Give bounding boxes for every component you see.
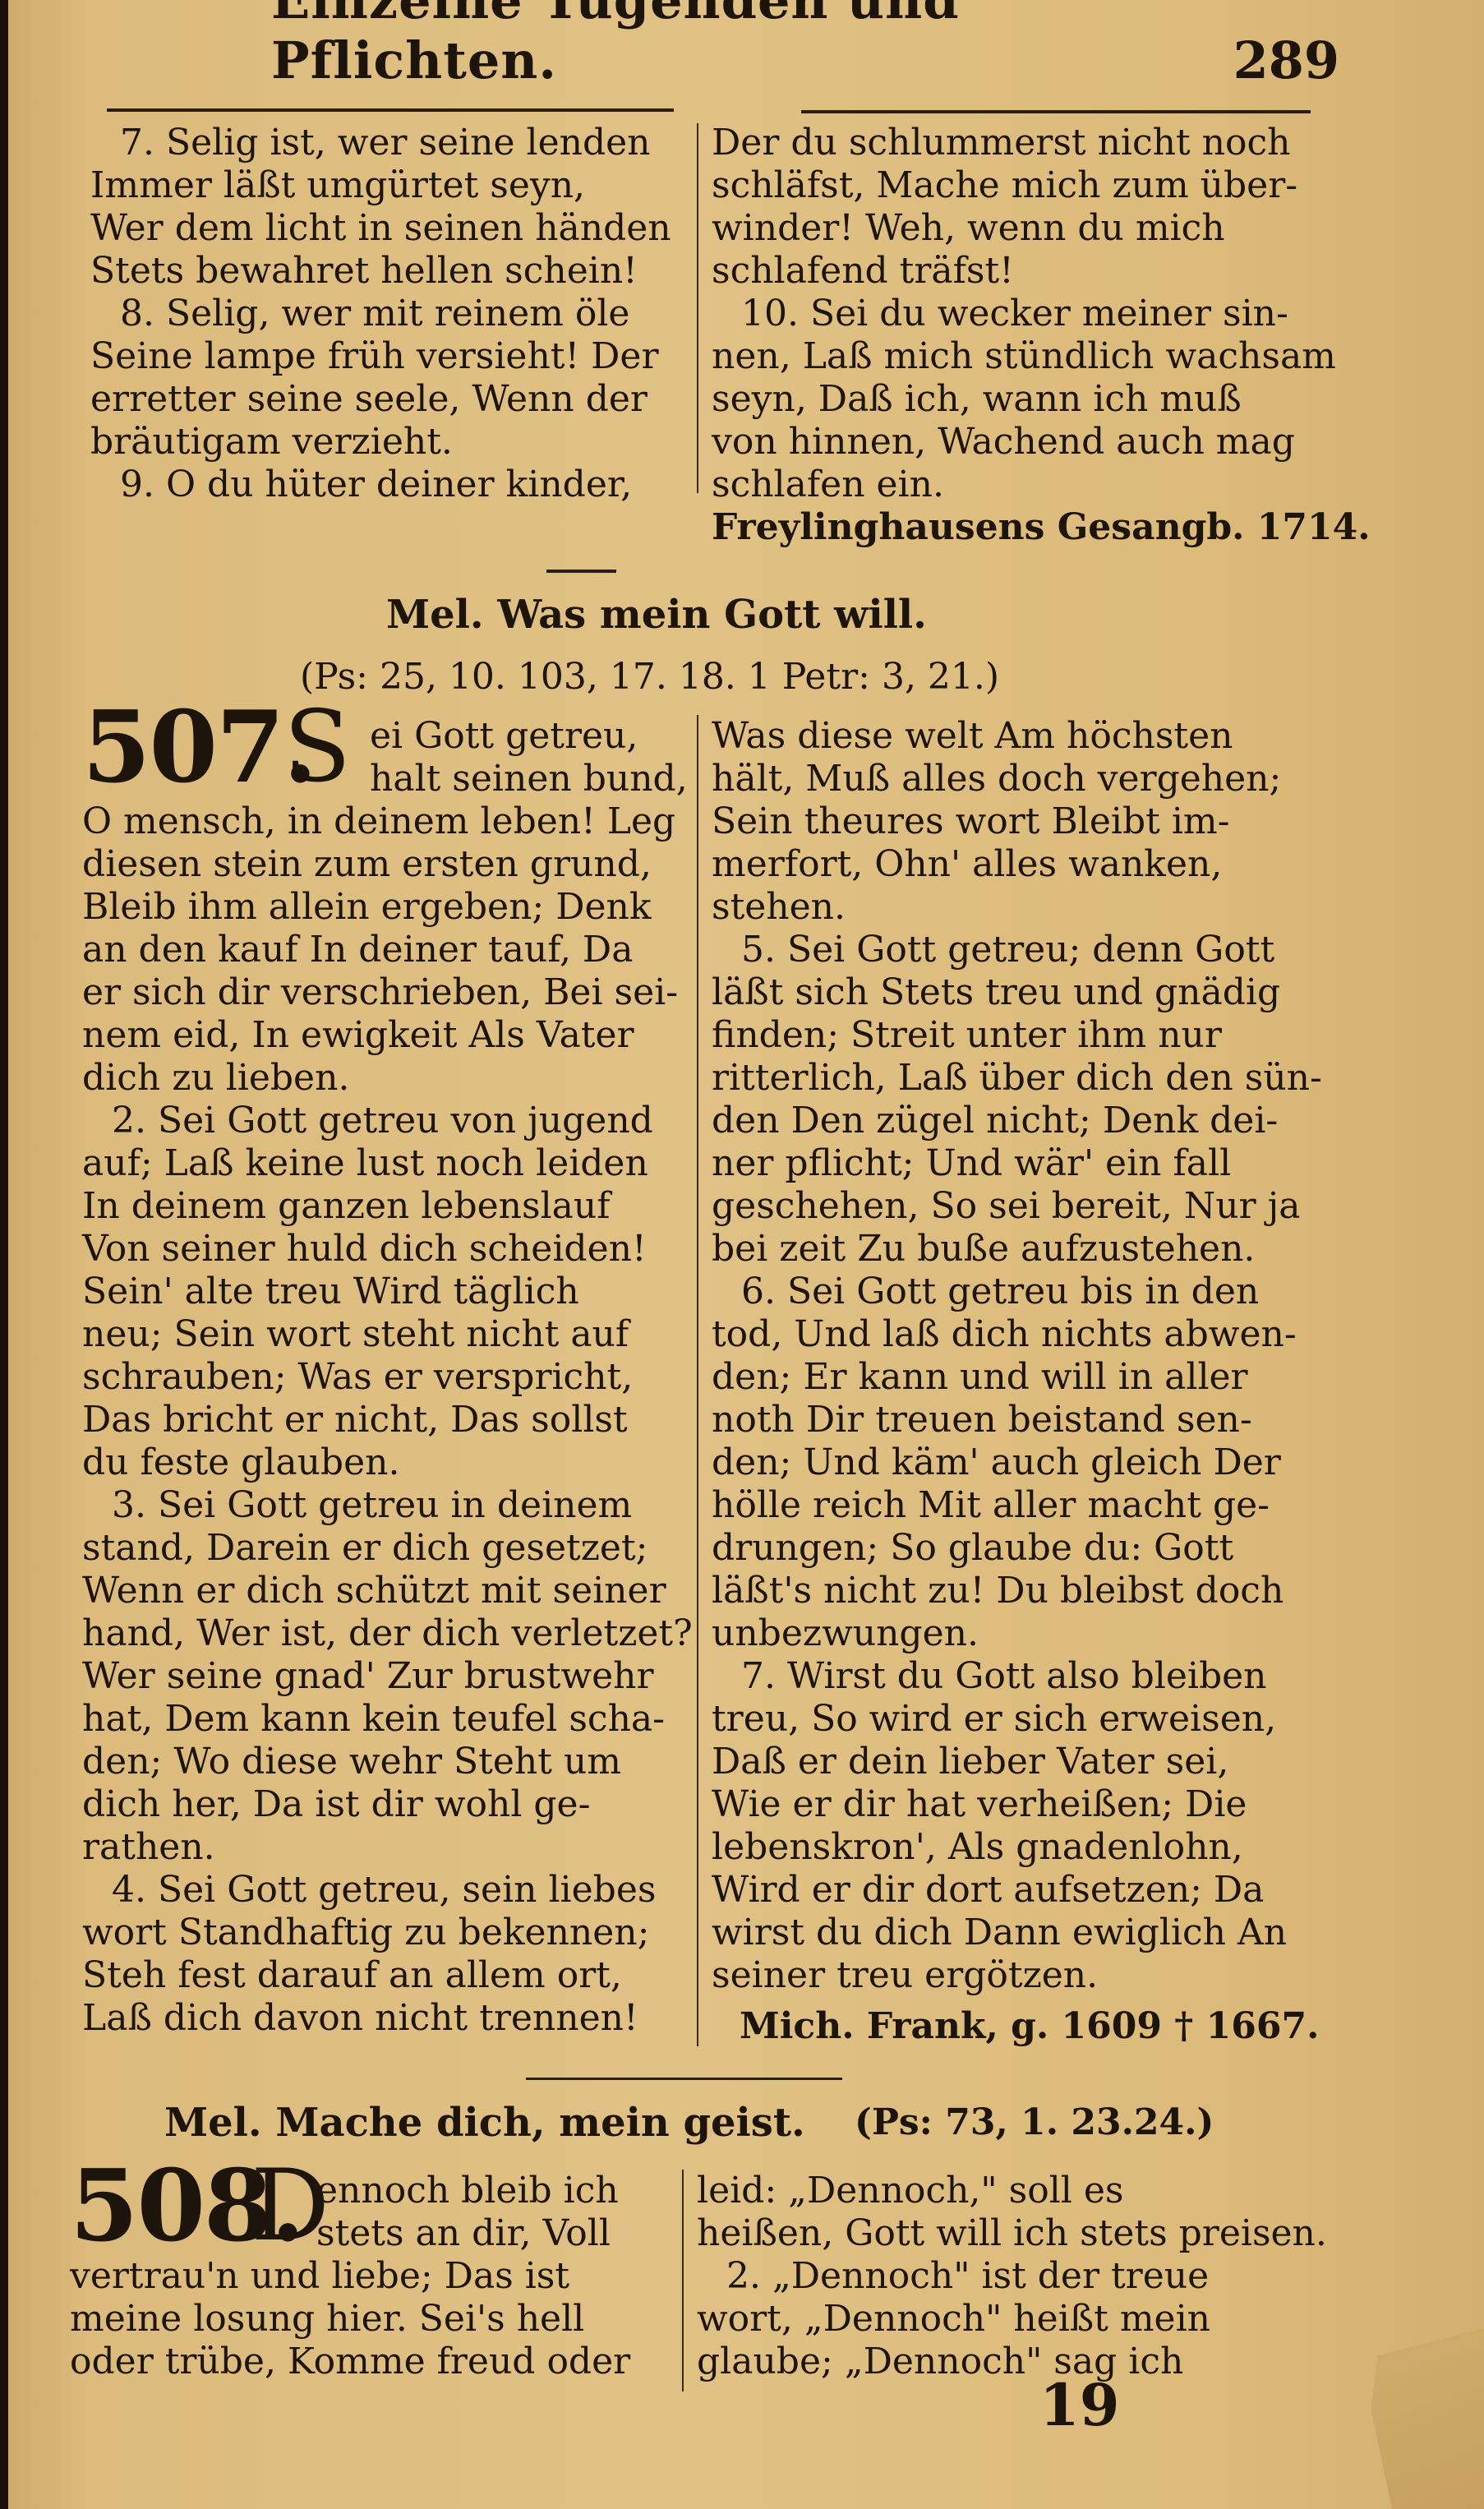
text-line: hölle reich Mit aller macht ge- — [712, 1484, 1320, 1527]
text-line: stets an dir, Voll — [70, 2212, 674, 2255]
text-line: schlafen ein. — [712, 464, 1320, 506]
text-line: Der du schlummerst nicht noch — [712, 122, 1320, 164]
hymn507-right-column: Was diese welt Am höchstenhält, Muß alle… — [712, 715, 1320, 1997]
text-line: 7. Wirst du Gott also bleiben — [712, 1655, 1320, 1698]
text-line: du feste glauben. — [82, 1441, 686, 1484]
text-line: schlafend träfst! — [712, 250, 1320, 293]
text-line: dich her, Da ist dir wohl ge- — [82, 1783, 686, 1826]
text-line: geschehen, So sei bereit, Nur ja — [712, 1185, 1320, 1228]
text-line: stehen. — [712, 886, 1320, 929]
text-line: neu; Sein wort steht nicht auf — [82, 1313, 686, 1356]
text-line: 2. „Dennoch" ist der treue — [697, 2255, 1321, 2298]
header-rule-right — [801, 110, 1311, 113]
text-line: ei Gott getreu, — [82, 715, 686, 758]
text-line: bräutigam verzieht. — [90, 421, 682, 464]
hymn508-right-column: leid: „Dennoch," soll esheißen, Gott wil… — [697, 2170, 1321, 2383]
text-line: Seine lampe früh versieht! Der — [90, 335, 682, 378]
folded-page-corner — [1343, 2328, 1484, 2509]
text-line: er sich dir verschrieben, Bei sei- — [82, 971, 686, 1014]
header-rule-left — [107, 108, 674, 112]
text-line: nem eid, In ewigkeit Als Vater — [82, 1014, 686, 1057]
text-line: Wie er dir hat verheißen; Die — [712, 1783, 1320, 1826]
text-line: 4. Sei Gott getreu, sein liebes — [82, 1869, 686, 1912]
text-line: 5. Sei Gott getreu; denn Gott — [712, 929, 1320, 971]
text-line: heißen, Gott will ich stets preisen. — [697, 2212, 1321, 2255]
text-line: halt seinen bund, — [82, 758, 686, 800]
text-line: den; Und käm' auch gleich Der — [712, 1441, 1320, 1484]
column-separator — [697, 715, 698, 2046]
text-line: seyn, Daß ich, wann ich muß — [712, 378, 1320, 421]
column-separator — [697, 123, 698, 493]
text-line: 9. O du hüter deiner kinder, — [90, 464, 682, 506]
section-title: Einzelne Tugenden und Pflichten. — [271, 0, 1233, 90]
hymn507-melody: Mel. Was mein Gott will. — [386, 592, 927, 638]
text-line: Wer dem licht in seinen händen — [90, 207, 682, 250]
page-number: 289 — [1233, 30, 1339, 90]
text-line: Von seiner huld dich scheiden! — [82, 1228, 686, 1271]
text-line: von hinnen, Wachend auch mag — [712, 421, 1320, 464]
text-line: erretter seine seele, Wenn der — [90, 378, 682, 421]
text-line: den; Er kann und will in aller — [712, 1356, 1320, 1399]
text-line: Steh fest darauf an allem ort, — [82, 1954, 686, 1997]
text-line: Wer seine gnad' Zur brustwehr — [82, 1655, 686, 1698]
text-line: diesen stein zum ersten grund, — [82, 843, 686, 886]
text-line: stand, Darein er dich gesetzet; — [82, 1527, 686, 1570]
signature-mark: 19 — [1039, 2371, 1119, 2439]
text-line: hat, Dem kann kein teufel scha- — [82, 1698, 686, 1741]
hymn506-right-column: Der du schlummerst nicht nochschläfst, M… — [712, 122, 1320, 506]
section-divider — [526, 2078, 842, 2080]
text-line: 2. Sei Gott getreu von jugend — [82, 1100, 686, 1142]
hymn507-author: Mich. Frank, g. 1609 † 1667. — [740, 2005, 1315, 2048]
text-line: seiner treu ergötzen. — [712, 1954, 1320, 1997]
text-line: 7. Selig ist, wer seine lenden — [90, 122, 682, 164]
text-line: nen, Laß mich stündlich wachsam — [712, 335, 1320, 378]
hymn507-references: (Ps: 25, 10. 103, 17. 18. 1 Petr: 3, 21.… — [300, 656, 999, 698]
text-line: leid: „Dennoch," soll es — [697, 2170, 1321, 2212]
text-line: Immer läßt umgürtet seyn, — [90, 164, 682, 207]
text-line: hand, Wer ist, der dich verletzet? — [82, 1612, 686, 1655]
text-line: Wird er dir dort aufsetzen; Da — [712, 1869, 1320, 1912]
text-line: meine losung hier. Sei's hell — [70, 2298, 674, 2341]
text-line: läßt sich Stets treu und gnädig — [712, 971, 1320, 1014]
text-line: treu, So wird er sich erweisen, — [712, 1698, 1320, 1741]
text-line: lebenskron', Als gnadenlohn, — [712, 1826, 1320, 1869]
text-line: dich zu lieben. — [82, 1057, 686, 1100]
text-line: vertrau'n und liebe; Das ist — [70, 2255, 674, 2298]
text-line: Das bricht er nicht, Das sollst — [82, 1399, 686, 1441]
text-line: O mensch, in deinem leben! Leg — [82, 800, 686, 843]
text-line: glaube; „Dennoch" sag ich — [697, 2341, 1321, 2383]
text-line: unbezwungen. — [712, 1612, 1320, 1655]
text-line: ritterlich, Laß über dich den sün- — [712, 1057, 1320, 1100]
hymn508-references: (Ps: 73, 1. 23.24.) — [855, 2101, 1214, 2143]
text-line: oder trübe, Komme freud oder — [70, 2341, 674, 2383]
text-line: hält, Muß alles doch vergehen; — [712, 758, 1320, 800]
text-line: den; Wo diese wehr Steht um — [82, 1741, 686, 1783]
text-line: merfort, Ohn' alles wanken, — [712, 843, 1320, 886]
text-line: winder! Weh, wenn du mich — [712, 207, 1320, 250]
text-line: auf; Laß keine lust noch leiden — [82, 1142, 686, 1185]
text-line: wort, „Dennoch" heißt mein — [697, 2298, 1321, 2341]
text-line: drungen; So glaube du: Gott — [712, 1527, 1320, 1570]
text-line: 3. Sei Gott getreu in deinem — [82, 1484, 686, 1527]
text-line: schläfst, Mache mich zum über- — [712, 164, 1320, 207]
text-line: Stets bewahret hellen schein! — [90, 250, 682, 293]
text-line: den Den zügel nicht; Denk dei- — [712, 1100, 1320, 1142]
text-line: Wenn er dich schützt mit seiner — [82, 1570, 686, 1612]
hymn506-left-column: 7. Selig ist, wer seine lendenImmer läßt… — [90, 122, 682, 506]
text-line: ennoch bleib ich — [70, 2170, 674, 2212]
text-line: Bleib ihm allein ergeben; Denk — [82, 886, 686, 929]
text-line: Sein' alte treu Wird täglich — [82, 1271, 686, 1313]
text-line: wirst du dich Dann ewiglich An — [712, 1912, 1320, 1954]
book-binding-edge — [0, 0, 8, 2509]
hymn507-left-column: ei Gott getreu,halt seinen bund,O mensch… — [82, 715, 686, 2040]
running-header: Einzelne Tugenden und Pflichten. 289 — [271, 16, 1339, 90]
text-line: Sein theures wort Bleibt im- — [712, 800, 1320, 843]
section-divider — [546, 570, 616, 573]
text-line: läßt's nicht zu! Du bleibst doch — [712, 1570, 1320, 1612]
text-line: 10. Sei du wecker meiner sin- — [712, 293, 1320, 335]
text-line: an den kauf In deiner tauf, Da — [82, 929, 686, 971]
text-line: bei zeit Zu buße aufzustehen. — [712, 1228, 1320, 1271]
text-line: In deinem ganzen lebenslauf — [82, 1185, 686, 1228]
text-line: finden; Streit unter ihm nur — [712, 1014, 1320, 1057]
text-line: tod, Und laß dich nichts abwen- — [712, 1313, 1320, 1356]
text-line: rathen. — [82, 1826, 686, 1869]
column-separator — [682, 2170, 684, 2391]
text-line: schrauben; Was er verspricht, — [82, 1356, 686, 1399]
text-line: 8. Selig, wer mit reinem öle — [90, 293, 682, 335]
hymn506-source: Freylinghausens Gesangb. 1714. — [712, 506, 1320, 549]
text-line: 6. Sei Gott getreu bis in den — [712, 1271, 1320, 1313]
text-line: Laß dich davon nicht trennen! — [82, 1997, 686, 2040]
text-line: Daß er dein lieber Vater sei, — [712, 1741, 1320, 1783]
hymn508-left-column: ennoch bleib ichstets an dir, Vollvertra… — [70, 2170, 674, 2383]
text-line: ner pflicht; Und wär' ein fall — [712, 1142, 1320, 1185]
hymn508-melody: Mel. Mache dich, mein geist. — [164, 2100, 805, 2146]
text-line: wort Standhaftig zu bekennen; — [82, 1912, 686, 1954]
text-line: Was diese welt Am höchsten — [712, 715, 1320, 758]
hymnal-page: Einzelne Tugenden und Pflichten. 289 7. … — [0, 0, 1484, 2509]
text-line: noth Dir treuen beistand sen- — [712, 1399, 1320, 1441]
